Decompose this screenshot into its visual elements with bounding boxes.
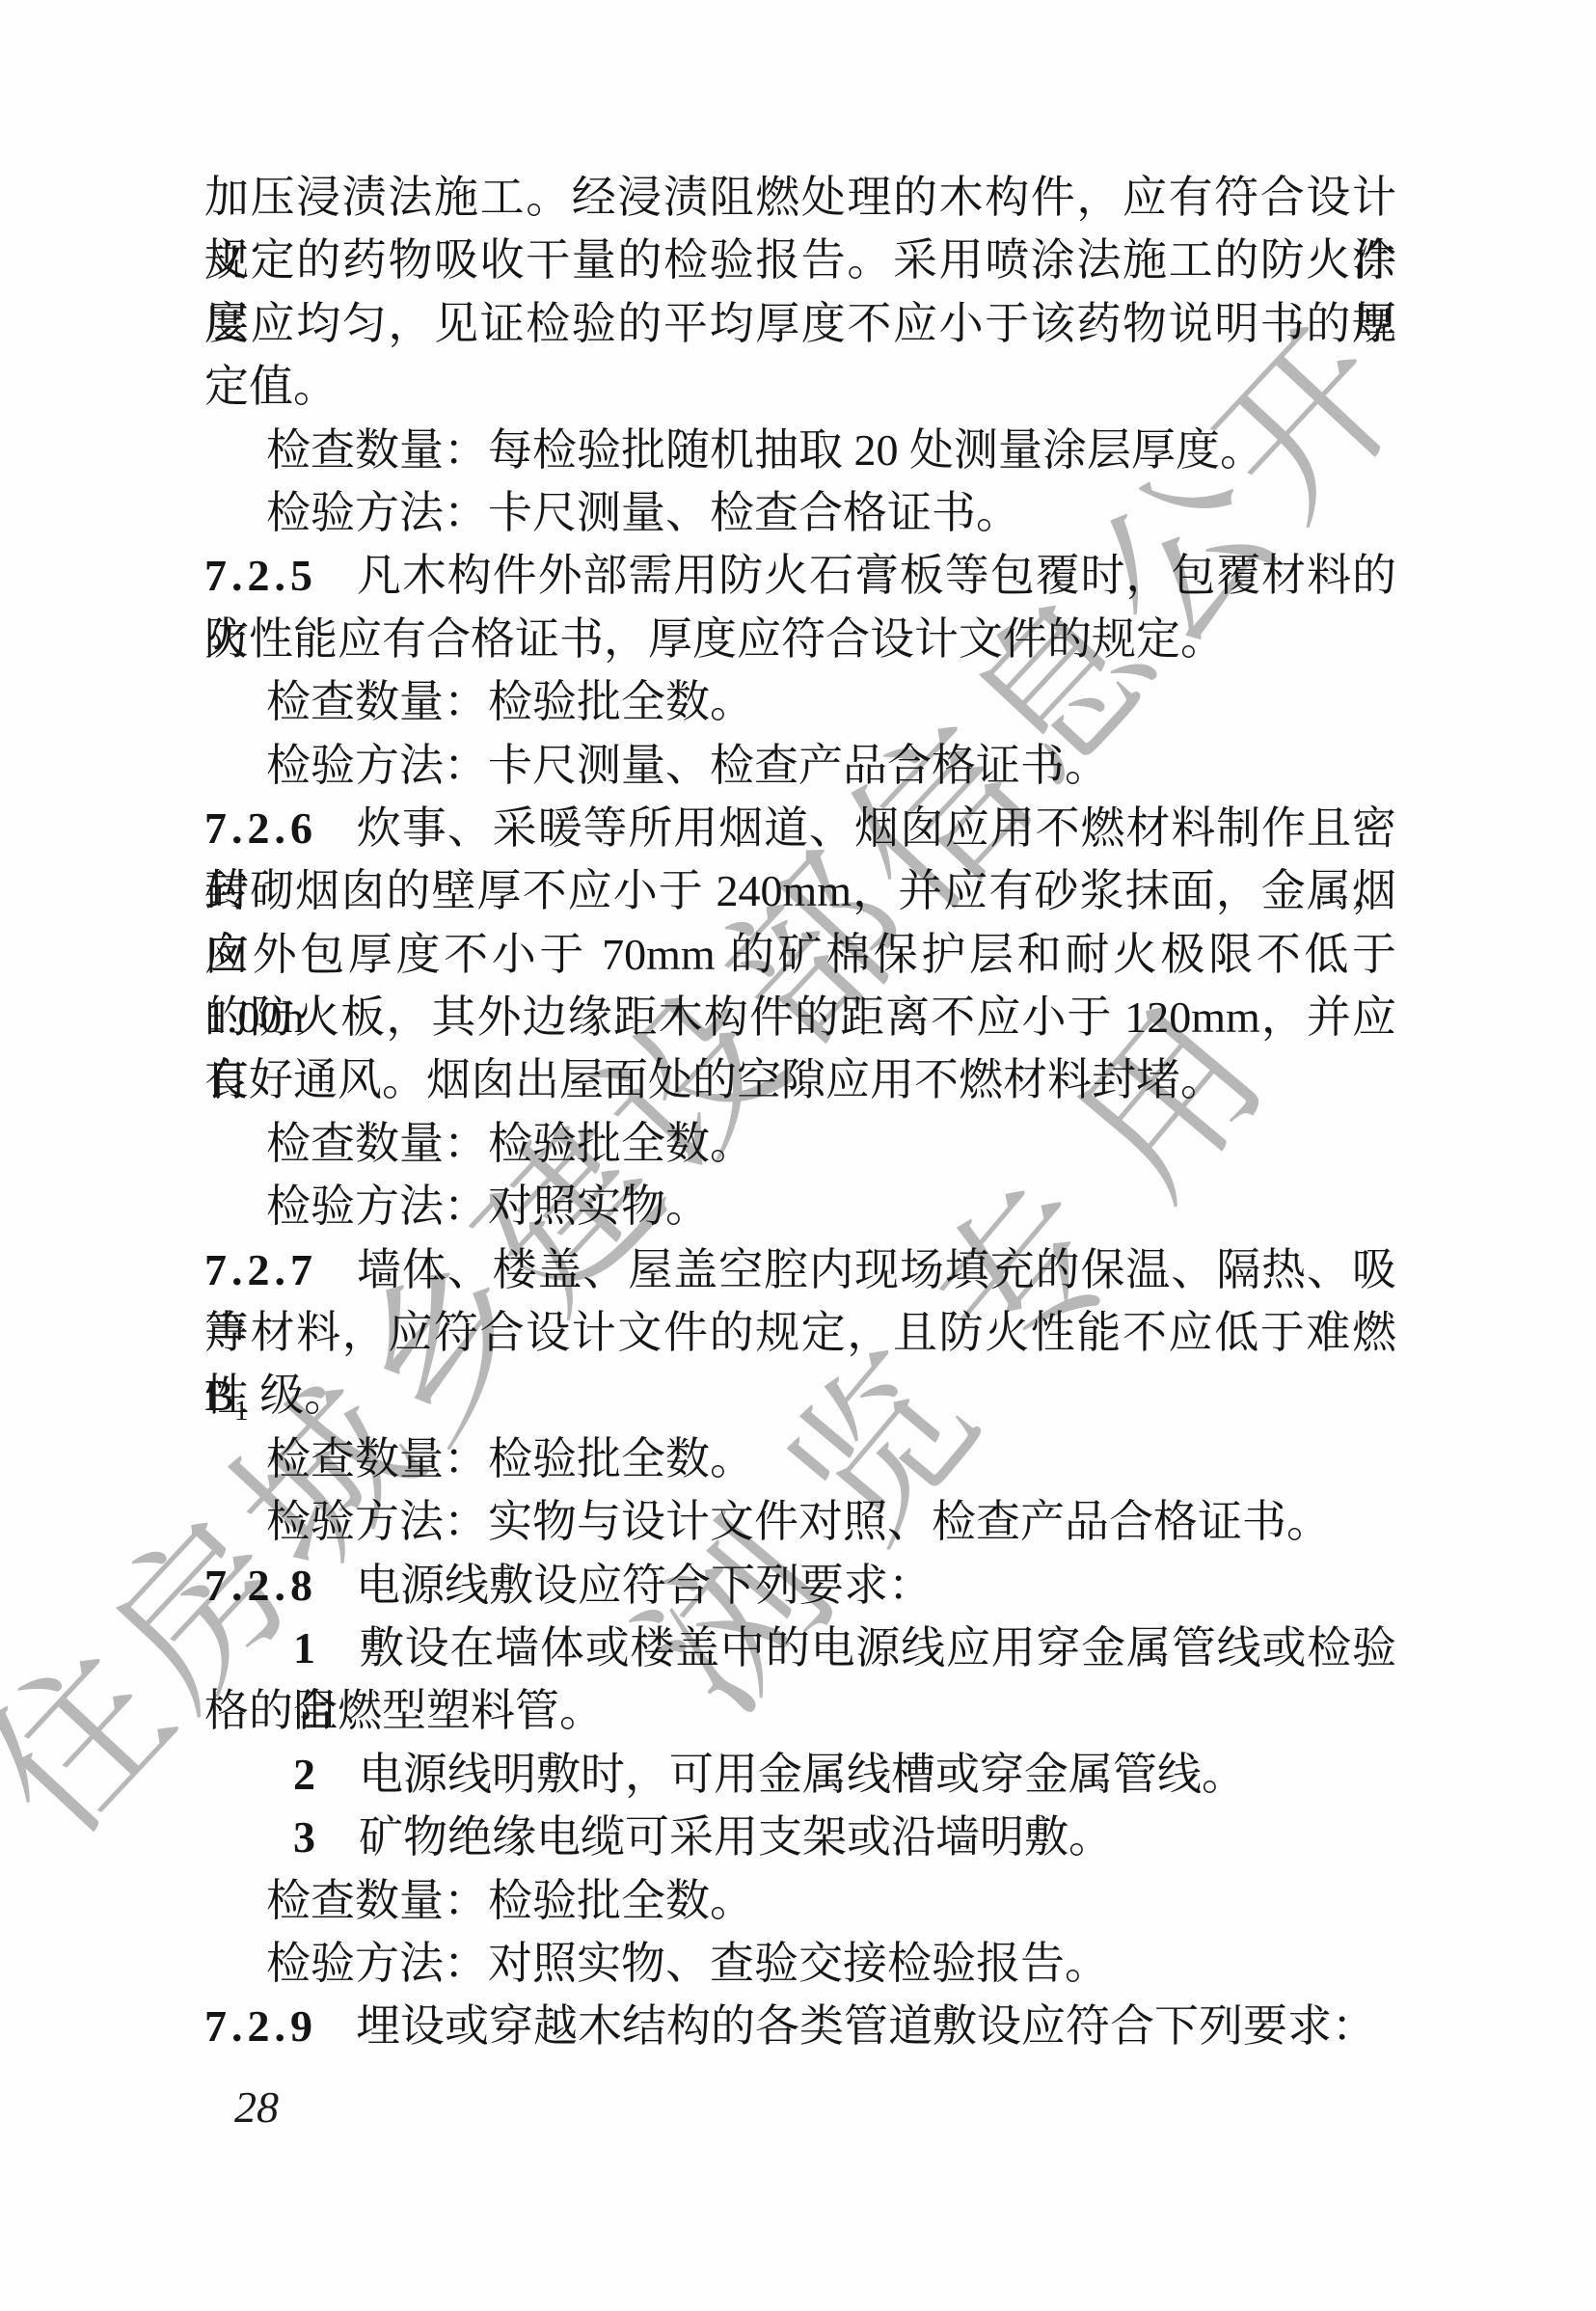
text-line: 检验方法：卡尺测量、检查合格证书。 (204, 481, 1396, 544)
section-number: 7.2.6 (204, 803, 317, 853)
text-line: 检查数量：检验批全数。 (204, 1869, 1396, 1932)
section-number: 7.2.9 (204, 2001, 317, 2051)
text-line: 格的阻燃型塑料管。 (204, 1679, 1396, 1742)
section-text: 电源线敷设应符合下列要求： (356, 1561, 933, 1610)
item-number: 1 (293, 1623, 320, 1672)
text-line: 7.2.6炊事、采暖等所用烟道、烟囱应用不燃材料制作且密封， (204, 797, 1396, 859)
text-line: 检查数量：每检验批随机抽取 20 处测量涂层厚度。 (204, 419, 1396, 481)
text-line: 应外包厚度不小于 70mm 的矿棉保护层和耐火极限不低于 1.00h (204, 923, 1396, 986)
text-line: 2电源线明敷时，可用金属线槽或穿金属管线。 (204, 1743, 1396, 1806)
text-line: 1敷设在墙体或楼盖中的电源线应用穿金属管线或检验合 (204, 1617, 1396, 1679)
text-line: 检验方法：对照实物、查验交接检验报告。 (204, 1932, 1396, 1995)
grade-text: 级。 (249, 1371, 349, 1420)
document-page: 住房城乡建设部信息公开 浏览专用 加压浸渍法施工。经浸渍阻燃处理的木构件，应有符… (0, 0, 1596, 2311)
section-number: 7.2.7 (204, 1245, 317, 1294)
text-line: 3矿物绝缘电缆可采用支架或沿墙明敷。 (204, 1806, 1396, 1868)
text-line: 火性能应有合格证书，厚度应符合设计文件的规定。 (204, 608, 1396, 670)
text-line: 砖砌烟囱的壁厚不应小于 240mm，并应有砂浆抹面，金属烟囱 (204, 859, 1396, 922)
text-line: 7.2.9埋设或穿越木结构的各类管道敷设应符合下列要求： (204, 1995, 1396, 2057)
text-line: 检验方法：实物与设计文件对照、检查产品合格证书。 (204, 1490, 1396, 1553)
section-number: 7.2.5 (204, 551, 317, 600)
text-line: 定值。 (204, 355, 1396, 418)
page-number: 28 (234, 2076, 279, 2138)
text-line: B1 级。 (204, 1364, 1396, 1427)
text-line: 等材料，应符合设计文件的规定，且防火性能不应低于难燃性 (204, 1301, 1396, 1364)
item-number: 2 (293, 1750, 320, 1799)
text-line: 的防火板，其外边缘距木构件的距离不应小于 120mm，并应有 (204, 986, 1396, 1048)
page-content: 加压浸渍法施工。经浸渍阻燃处理的木构件，应有符合设计文件 规定的药物吸收干量的检… (204, 166, 1396, 2058)
grade-letter: B (204, 1371, 234, 1420)
section-text: 埋设或穿越木结构的各类管道敷设应符合下列要求： (356, 2001, 1376, 2051)
text-line: 7.2.5凡木构件外部需用防火石膏板等包覆时，包覆材料的防 (204, 544, 1396, 607)
text-line: 检验方法：卡尺测量、检查产品合格证书。 (204, 734, 1396, 797)
text-line: 检查数量：检验批全数。 (204, 1427, 1396, 1490)
text-line: 加压浸渍法施工。经浸渍阻燃处理的木构件，应有符合设计文件 (204, 166, 1396, 229)
text-line: 7.2.8电源线敷设应符合下列要求： (204, 1554, 1396, 1617)
text-line: 规定的药物吸收干量的检验报告。采用喷涂法施工的防火涂层厚 (204, 229, 1396, 291)
text-line: 7.2.7墙体、楼盖、屋盖空腔内现场填充的保温、隔热、吸声 (204, 1238, 1396, 1301)
text-line: 检验方法：对照实物。 (204, 1175, 1396, 1237)
grade-subscript: 1 (234, 1396, 249, 1427)
text-line: 度应均匀，见证检验的平均厚度不应小于该药物说明书的规 (204, 292, 1396, 355)
section-number: 7.2.8 (204, 1561, 317, 1610)
text-line: 检查数量：检验批全数。 (204, 670, 1396, 733)
text-line: 检查数量：检验批全数。 (204, 1112, 1396, 1175)
text-line: 良好通风。烟囱出屋面处的空隙应用不燃材料封堵。 (204, 1048, 1396, 1111)
item-text: 矿物绝缘电缆可采用支架或沿墙明敷。 (359, 1812, 1113, 1862)
item-number: 3 (293, 1812, 320, 1862)
item-text: 电源线明敷时，可用金属线槽或穿金属管线。 (359, 1750, 1246, 1799)
